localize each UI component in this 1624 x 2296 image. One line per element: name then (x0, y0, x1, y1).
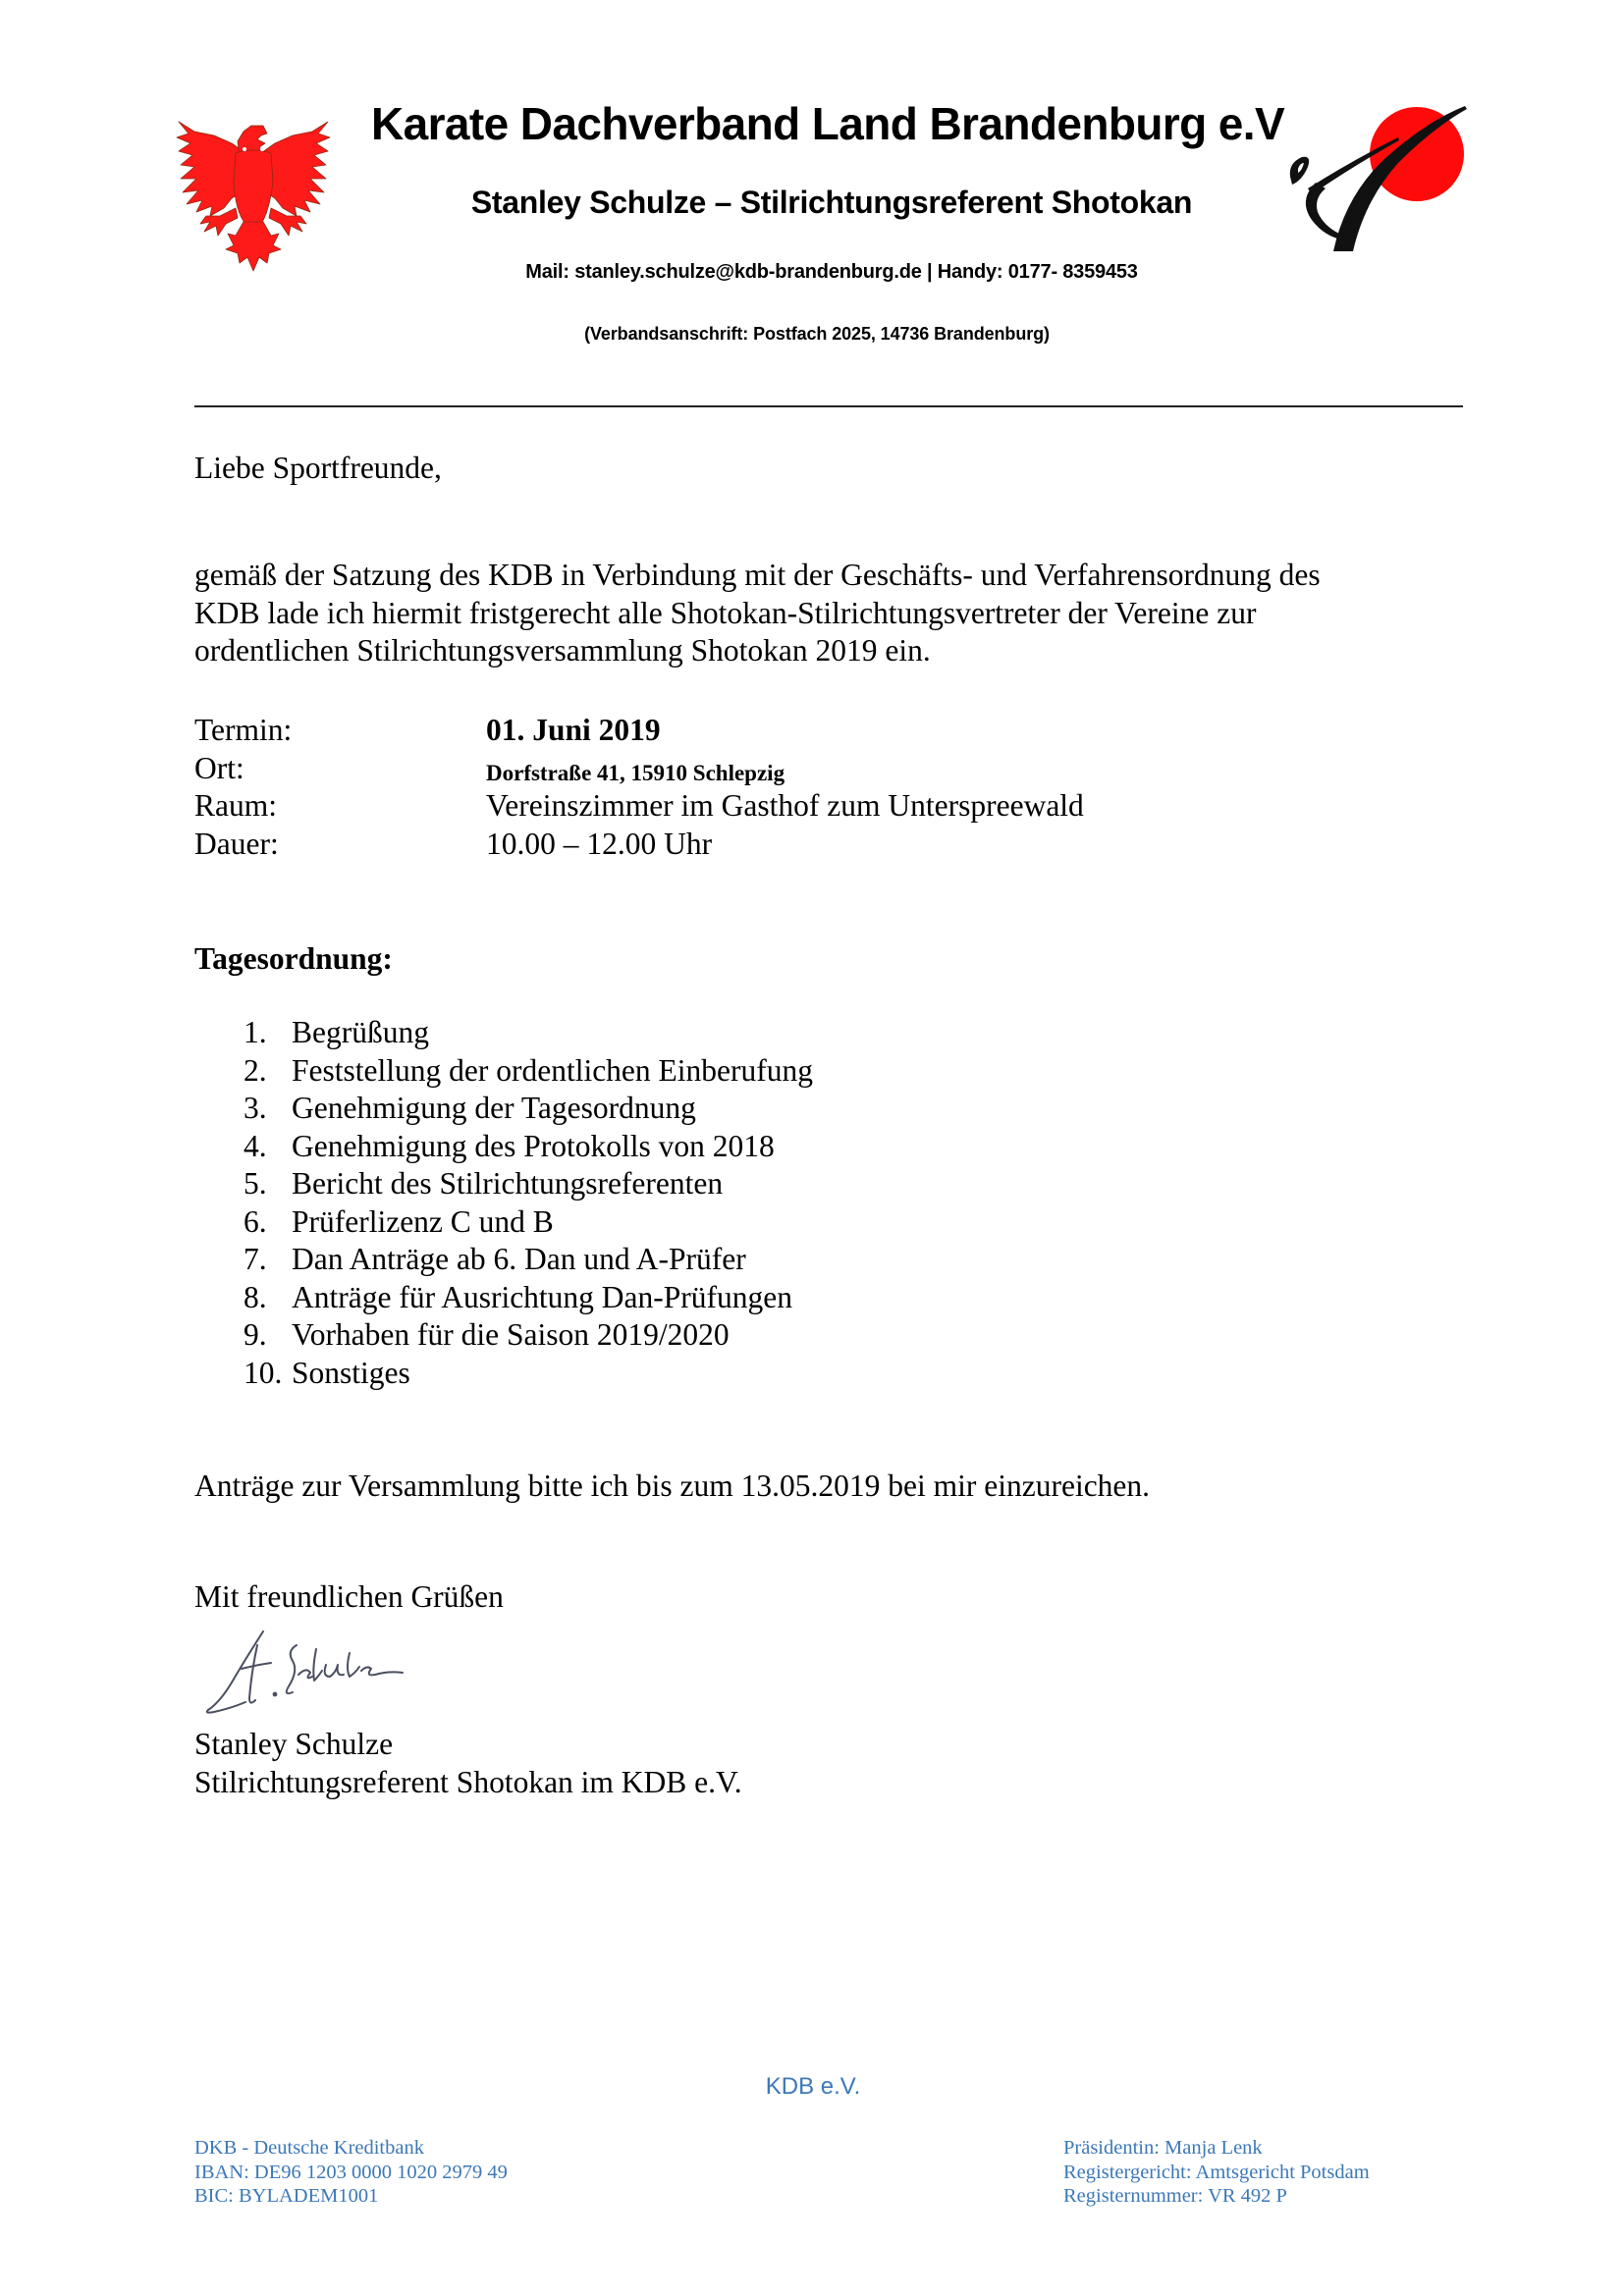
bank-bic: BIC: BYLADEM1001 (194, 2184, 508, 2209)
agenda-number: 8. (244, 1279, 267, 1317)
handwritten-signature-icon (202, 1626, 418, 1720)
registry-number: Registernummer: VR 492 P (1063, 2184, 1370, 2209)
agenda-number: 2. (244, 1052, 267, 1091)
agenda-text: Anträge für Ausrichtung Dan-Prüfungen (292, 1279, 792, 1317)
intro-line: ordentlichen Stilrichtungsversammlung Sh… (194, 632, 1432, 670)
detail-label: Termin: (194, 712, 292, 750)
agenda-number: 6. (244, 1203, 267, 1242)
header-divider (194, 405, 1463, 407)
detail-label: Dauer: (194, 826, 279, 864)
agenda-number: 7. (244, 1241, 267, 1279)
footer-registry-details: Präsidentin: Manja Lenk Registergericht:… (1063, 2136, 1370, 2209)
bank-iban: IBAN: DE96 1203 0000 1020 2979 49 (194, 2161, 508, 2185)
detail-label: Raum: (194, 787, 277, 826)
signer-role: Stilrichtungsreferent Shotokan im KDB e.… (194, 1764, 742, 1802)
registry-court: Registergericht: Amtsgericht Potsdam (1063, 2161, 1370, 2185)
agenda-text: Bericht des Stilrichtungsreferenten (292, 1165, 723, 1203)
agenda-text: Genehmigung des Protokolls von 2018 (292, 1128, 775, 1166)
closing-salutation: Mit freundlichen Grüßen (194, 1578, 504, 1617)
intro-paragraph: gemäß der Satzung des KDB in Verbindung … (194, 557, 1432, 670)
meeting-duration: 10.00 – 12.00 Uhr (486, 826, 712, 864)
agenda-heading: Tagesordnung: (194, 940, 393, 979)
agenda-number: 1. (244, 1014, 267, 1052)
agenda-number: 3. (244, 1090, 267, 1128)
agenda-text: Prüferlizenz C und B (292, 1203, 554, 1242)
agenda-number: 4. (244, 1128, 267, 1166)
detail-label: Ort: (194, 750, 244, 788)
sender-subtitle: Stanley Schulze – Stilrichtungsreferent … (0, 185, 1624, 221)
footer-bank-details: DKB - Deutsche Kreditbank IBAN: DE96 120… (194, 2136, 508, 2209)
contact-line: Mail: stanley.schulze@kdb-brandenburg.de… (0, 261, 1624, 284)
meeting-room: Vereinszimmer im Gasthof zum Unterspreew… (486, 787, 1084, 826)
agenda-text: Begrüßung (292, 1014, 429, 1052)
greeting: Liebe Sportfreunde, (194, 450, 442, 488)
deadline-note: Anträge zur Versammlung bitte ich bis zu… (194, 1468, 1150, 1506)
karate-kick-sun-logo-icon (1269, 98, 1475, 255)
association-address: (Verbandsanschrift: Postfach 2025, 14736… (0, 324, 1624, 345)
intro-line: KDB lade ich hiermit fristgerecht alle S… (194, 595, 1432, 633)
agenda-text: Vorhaben für die Saison 2019/2020 (292, 1316, 730, 1355)
agenda-number: 10. (244, 1355, 282, 1393)
agenda-text: Genehmigung der Tagesordnung (292, 1090, 696, 1128)
bank-name: DKB - Deutsche Kreditbank (194, 2136, 508, 2161)
agenda-text: Sonstiges (292, 1355, 410, 1393)
agenda-number: 9. (244, 1316, 267, 1355)
intro-line: gemäß der Satzung des KDB in Verbindung … (194, 557, 1432, 595)
organization-title: Karate Dachverband Land Brandenburg e.V (371, 97, 1278, 150)
agenda-number: 5. (244, 1165, 267, 1203)
agenda-text: Dan Anträge ab 6. Dan und A-Prüfer (292, 1241, 746, 1279)
footer-organization: KDB e.V. (0, 2073, 1624, 2101)
signer-name: Stanley Schulze (194, 1726, 393, 1764)
president: Präsidentin: Manja Lenk (1063, 2136, 1370, 2161)
agenda-text: Feststellung der ordentlichen Einberufun… (292, 1052, 813, 1091)
meeting-date: 01. Juni 2019 (486, 712, 661, 750)
